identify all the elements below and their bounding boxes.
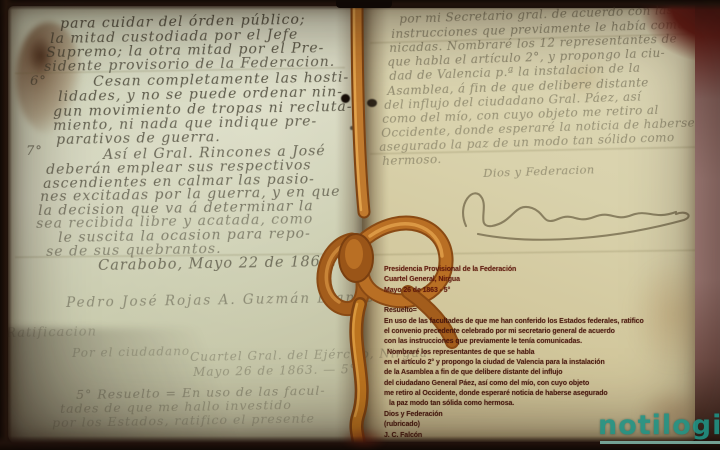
caption-line: me retiro al Occidente, donde esperaré n…	[384, 390, 716, 400]
caption-line: En uso de las facultades de que me han c…	[384, 318, 716, 328]
caption-line: el convenio precedente celebrado por mi …	[384, 328, 716, 338]
binding-clip	[336, 0, 392, 8]
document-photo: para cuidar del órden público; la mitad …	[0, 0, 720, 450]
caption-line: Mayo 26 de 1863 - 5°	[384, 287, 716, 297]
caption-line	[384, 297, 716, 307]
caption-line: con las instrucciones que previamente le…	[384, 338, 716, 348]
ribbon-knot	[345, 239, 363, 269]
caption-line: Cuartel General, Nirgua	[384, 276, 716, 286]
gutter-bottom-stain	[342, 428, 386, 450]
caption-line: Resuelto=	[384, 307, 716, 317]
caption-line: en el artículo 2° y propongo la ciudad d…	[384, 359, 716, 369]
caption-line: Presidencia Provisional de la Federación	[384, 266, 716, 276]
watermark-underline	[600, 441, 720, 444]
caption-line: Nombraré los representantes de que se ha…	[384, 349, 716, 359]
caption-line: de la Asamblea a fin de que delibere dis…	[384, 369, 716, 379]
caption-line: del ciudadano General Páez, así como del…	[384, 380, 716, 390]
watermark-notilogia: notilogia	[598, 410, 720, 441]
